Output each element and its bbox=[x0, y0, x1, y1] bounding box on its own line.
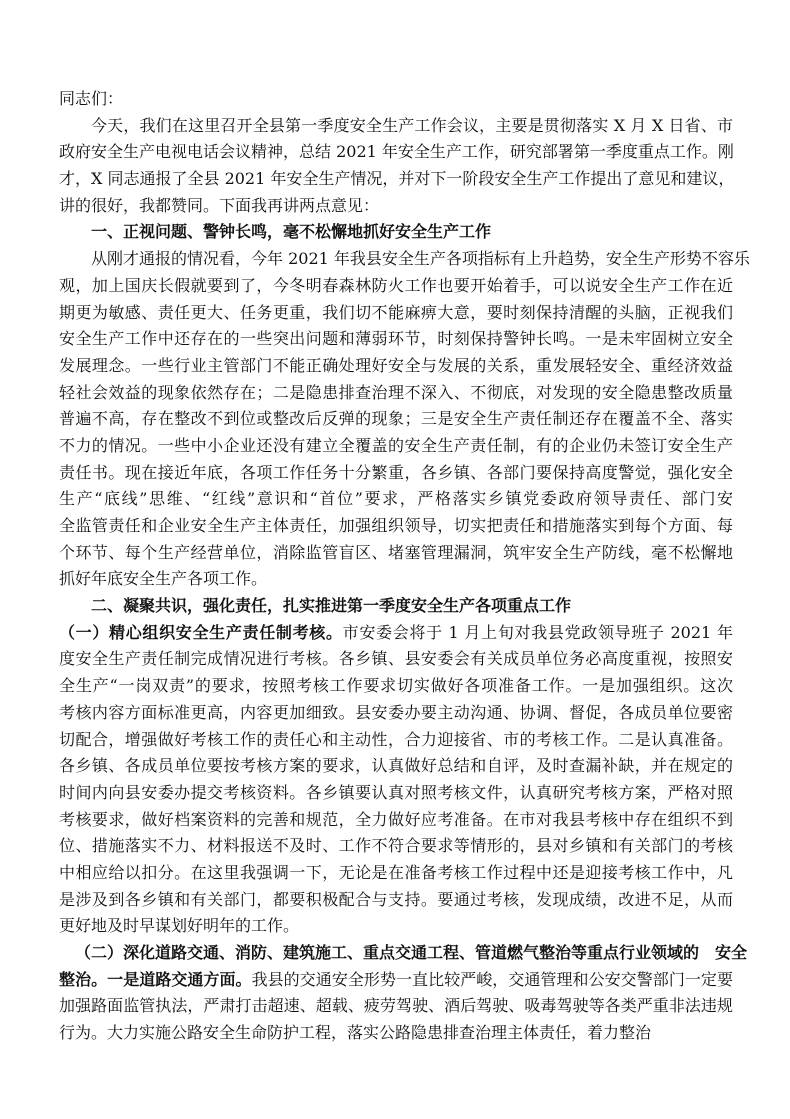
paragraph-line: 安全生产工作中还存在的一些突出问题和薄弱环节，时刻保持警钟长鸣。一是未牢固树立安… bbox=[59, 326, 733, 353]
paragraph-line: 各乡镇、各成员单位要按考核方案的要求，认真做好总结和自评，及时查漏补缺，并在规定… bbox=[59, 753, 733, 780]
paragraph-line: 考核要求，做好档案资料的完善和规范，全力做好应考准备。在市对我县考核中存在组织不… bbox=[59, 807, 733, 834]
paragraph-line: 是涉及到各乡镇和有关部门，都要积极配合与支持。要通过考核，发现成绩，改进不足，从… bbox=[59, 887, 733, 914]
paragraph-line: 普遍不高，存在整改不到位或整改后反弹的现象；三是安全生产责任制还存在覆盖不全、落… bbox=[59, 406, 733, 433]
paragraph-line: 中相应给以扣分。在这里我强调一下，无论是在准备考核工作过程中还是迎接考核工作中，… bbox=[59, 860, 733, 887]
paragraph-line: 度安全生产责任制完成情况进行考核。各乡镇、县安委会有关成员单位务必高度重视，按照… bbox=[59, 646, 733, 673]
paragraph-line: 讲的很好，我都赞同。下面我再讲两点意见： bbox=[59, 193, 733, 220]
paragraph-line: 政府安全生产电视电话会议精神，总结 2021 年安全生产工作，研究部署第一季度重… bbox=[59, 139, 733, 166]
paragraph-line: 全监管责任和企业安全生产主体责任，加强组织领导，切实把责任和措施落实到每个方面、… bbox=[59, 513, 733, 540]
paragraph-line: 抓好年底安全生产各项工作。 bbox=[59, 566, 733, 593]
paragraph-text: 市安委会将于 1 月上旬对我县党政领导班子 2021 年 bbox=[343, 623, 733, 642]
section-heading-2: 二、凝聚共识，强化责任，扎实推进第一季度安全生产各项重点工作 bbox=[59, 593, 733, 620]
paragraph-line: 全生产“一岗双责”的要求，按照考核工作要求切实做好各项准备工作。一是加强组织。这… bbox=[59, 673, 733, 700]
paragraph-line: 今天，我们在这里召开全县第一季度安全生产工作会议，主要是贯彻落实 X 月 X 日… bbox=[59, 113, 733, 140]
section-heading-1: 一、正视问题、警钟长鸣，毫不松懈地抓好安全生产工作 bbox=[59, 219, 733, 246]
document-body: 同志们： 今天，我们在这里召开全县第一季度安全生产工作会议，主要是贯彻落实 X … bbox=[59, 86, 733, 1047]
paragraph-line: 时间内向县安委办提交考核资料。各乡镇要认真对照考核文件，认真研究考核方案，严格对… bbox=[59, 780, 733, 807]
paragraph-line: 不力的情况。一些中小企业还没有建立全覆盖的安全生产责任制，有的企业仍未签订安全生… bbox=[59, 433, 733, 460]
paragraph-line: 期更为敏感、责任更大、任务更重，我们切不能麻痹大意，要时刻保持清醒的头脑，正视我… bbox=[59, 300, 733, 327]
paragraph-line: 才，X 同志通报了全县 2021 年安全生产情况，并对下一阶段安全生产工作提出了… bbox=[59, 166, 733, 193]
paragraph-line: 更好地及时早谋划好明年的工作。 bbox=[59, 913, 733, 940]
paragraph-line: 位、措施落实不力、材料报送不及时、工作不符合要求等情形的，县对乡镇和有关部门的考… bbox=[59, 833, 733, 860]
subsection1-paragraph: （一）精心组织安全生产责任制考核。市安委会将于 1 月上旬对我县党政领导班子 2… bbox=[59, 620, 733, 940]
subsection-title-1: （一）精心组织安全生产责任制考核。 bbox=[59, 623, 343, 642]
paragraph-text: 我县的交通安全形势一直比较严峻，交通管理和公安交警部门一定要 bbox=[252, 970, 733, 989]
paragraph-line: 加强路面监管执法，严肃打击超速、超载、疲劳驾驶、酒后驾驶、吸毒驾驶等各类严重非法… bbox=[59, 993, 733, 1020]
paragraph-line: 考核内容方面标准更高，内容更加细致。县安委办要主动沟通、协调、督促，各成员单位要… bbox=[59, 700, 733, 727]
salutation: 同志们： bbox=[59, 86, 733, 113]
paragraph-line: 生产“底线”思维、“红线”意识和“首位”要求，严格落实乡镇党委政府领导责任、部门… bbox=[59, 486, 733, 513]
document-page: 同志们： 今天，我们在这里召开全县第一季度安全生产工作会议，主要是贯彻落实 X … bbox=[0, 0, 790, 1119]
paragraph-line: 行为。大力实施公路安全生命防护工程，落实公路隐患排查治理主体责任，着力整治 bbox=[59, 1020, 733, 1047]
subsection2-paragraph: （二）深化道路交通、消防、建筑施工、重点交通工程、管道燃气整治等重点行业领域的 … bbox=[59, 940, 733, 1047]
subsection-title-2: （二）深化道路交通、消防、建筑施工、重点交通工程、管道燃气整治等重点行业领域的 … bbox=[59, 940, 733, 967]
paragraph-line: 从刚才通报的情况看，今年 2021 年我县安全生产各项指标有上升趋势，安全生产形… bbox=[59, 246, 733, 273]
paragraph-line: 发展理念。一些行业主管部门不能正确处理好安全与发展的关系，重发展轻安全、重经济效… bbox=[59, 353, 733, 380]
paragraph-line: 责任书。现在接近年底，各项工作任务十分繁重，各乡镇、各部门要保持高度警觉，强化安… bbox=[59, 460, 733, 487]
intro-paragraph: 今天，我们在这里召开全县第一季度安全生产工作会议，主要是贯彻落实 X 月 X 日… bbox=[59, 113, 733, 220]
paragraph-line: 整治。一是道路交通方面。我县的交通安全形势一直比较严峻，交通管理和公安交警部门一… bbox=[59, 967, 733, 994]
paragraph-line: 观，加上国庆长假就要到了，今冬明春森林防火工作也要开始着手，可以说安全生产工作在… bbox=[59, 273, 733, 300]
paragraph-line: （一）精心组织安全生产责任制考核。市安委会将于 1 月上旬对我县党政领导班子 2… bbox=[59, 620, 733, 647]
section1-paragraph: 从刚才通报的情况看，今年 2021 年我县安全生产各项指标有上升趋势，安全生产形… bbox=[59, 246, 733, 593]
subsection-title-2-cont: 整治。一是道路交通方面。 bbox=[59, 970, 252, 989]
paragraph-line: 个环节、每个生产经营单位，消除监管盲区、堵塞管理漏洞，筑牢安全生产防线，毫不松懈… bbox=[59, 540, 733, 567]
paragraph-line: 轻社会效益的现象依然存在；二是隐患排查治理不深入、不彻底，对发现的安全隐患整改质… bbox=[59, 380, 733, 407]
paragraph-line: 切配合，增强做好考核工作的责任心和主动性，合力迎接省、市的考核工作。二是认真准备… bbox=[59, 727, 733, 754]
